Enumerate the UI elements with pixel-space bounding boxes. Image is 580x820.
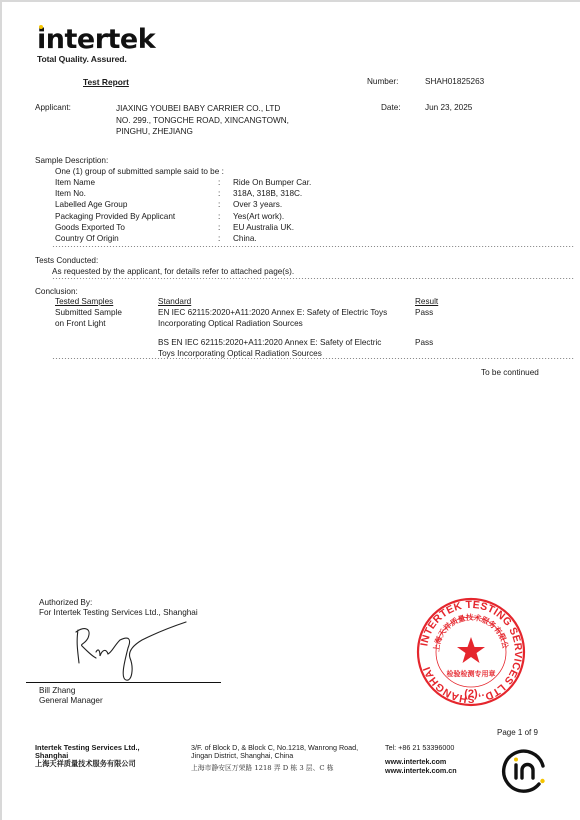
- conclusion-label: Conclusion:: [35, 287, 78, 297]
- footer-address: 3/F. of Block D, & Block C, No.1218, Wan…: [191, 744, 358, 772]
- report-date: Jun 23, 2025: [425, 103, 472, 113]
- tested-sample-line: on Front Light: [55, 319, 122, 330]
- tests-conducted-label: Tests Conducted:: [35, 256, 98, 266]
- sample-row: Item Name : Ride On Bumper Car.: [55, 178, 311, 189]
- applicant-label: Applicant:: [35, 103, 71, 113]
- logo-accent-dot: [39, 25, 43, 29]
- colon: :: [218, 234, 233, 245]
- sample-row: Country Of Origin : China.: [55, 234, 311, 245]
- tested-samples-header: Tested Samples: [55, 297, 113, 307]
- company-seal: INTERTEK TESTING SERVICES LTD., SHANGHAI…: [416, 597, 526, 707]
- footer-address-cn: 上海市静安区万荣路 1218 弄 D 栋 3 层、C 栋: [191, 765, 358, 773]
- footer-address-line: Jingan District, Shanghai, China: [191, 752, 358, 760]
- signatory-position: General Manager: [39, 696, 103, 706]
- applicant-line: JIAXING YOUBEI BABY CARRIER CO., LTD: [116, 103, 289, 115]
- applicant-block: JIAXING YOUBEI BABY CARRIER CO., LTD NO.…: [116, 103, 289, 138]
- applicant-line: NO. 299., TONGCHE ROAD, XINCANGTOWN,: [116, 115, 289, 127]
- standard-header: Standard: [158, 297, 191, 307]
- tested-sample-line: Submitted Sample: [55, 308, 122, 319]
- colon: :: [218, 178, 233, 189]
- logo-wordmark: intertek: [37, 26, 155, 53]
- footer-tel: Tel: +86 21 53396000: [385, 744, 457, 752]
- tested-sample: Submitted Sample on Front Light: [55, 308, 122, 329]
- result-value: Pass: [415, 338, 433, 348]
- signature: [70, 618, 190, 683]
- intertek-in-icon: [499, 744, 549, 794]
- colon: :: [218, 212, 233, 223]
- star-icon: [457, 637, 485, 663]
- page-number: Page 1 of 9: [497, 728, 538, 738]
- sample-row: Packaging Provided By Applicant : Yes(Ar…: [55, 212, 311, 223]
- result-value: Pass: [415, 308, 433, 318]
- seal-bottom-text: 检验检测专用章: [447, 669, 496, 678]
- authorized-for-line: For Intertek Testing Services Ltd., Shan…: [39, 608, 198, 618]
- sample-key: Item No.: [55, 189, 218, 200]
- logo-tagline: Total Quality. Assured.: [37, 54, 155, 64]
- sample-value: Yes(Art work).: [233, 212, 284, 223]
- seal-number: (2): [464, 688, 478, 700]
- sample-key: Goods Exported To: [55, 223, 218, 234]
- standard-text: EN IEC 62115:2020+A11:2020 Annex E: Safe…: [158, 308, 387, 319]
- date-label: Date:: [381, 103, 401, 113]
- separator: ****************************************…: [52, 358, 574, 362]
- sample-value: Over 3 years.: [233, 200, 282, 211]
- separator: ****************************************…: [52, 278, 574, 282]
- sample-value: China.: [233, 234, 257, 245]
- conclusion-row: EN IEC 62115:2020+A11:2020 Annex E: Safe…: [158, 308, 387, 329]
- page-edge: [0, 0, 580, 2]
- signatory-name: Bill Zhang: [39, 686, 75, 696]
- report-number: SHAH01825263: [425, 77, 484, 87]
- colon: :: [218, 223, 233, 234]
- tests-conducted-text: As requested by the applicant, for detai…: [52, 267, 294, 277]
- footer-website-link[interactable]: www.intertek.com.cn: [385, 767, 457, 775]
- to-be-continued: To be continued: [481, 368, 539, 378]
- sample-description-intro: One (1) group of submitted sample said t…: [55, 167, 224, 177]
- page-edge-left: [0, 0, 2, 820]
- sample-value: Ride On Bumper Car.: [233, 178, 311, 189]
- footer-company-cn: 上海天祥质量技术服务有限公司: [35, 760, 140, 768]
- separator: ****************************************…: [52, 246, 574, 250]
- report-title: Test Report: [83, 77, 129, 87]
- standard-text: BS EN IEC 62115:2020+A11:2020 Annex E: S…: [158, 338, 381, 349]
- sample-row: Item No. : 318A, 318B, 318C.: [55, 189, 311, 200]
- colon: :: [218, 189, 233, 200]
- sample-value: 318A, 318B, 318C.: [233, 189, 302, 200]
- result-header: Result: [415, 297, 438, 307]
- sample-key: Labelled Age Group: [55, 200, 218, 211]
- sample-key: Country Of Origin: [55, 234, 218, 245]
- sample-row: Goods Exported To : EU Australia UK.: [55, 223, 311, 234]
- footer-contact: Tel: +86 21 53396000 www.intertek.com ww…: [385, 744, 457, 775]
- footer-websites: www.intertek.com www.intertek.com.cn: [385, 758, 457, 775]
- sample-description-label: Sample Description:: [35, 156, 108, 166]
- footer-company: Intertek Testing Services Ltd., Shanghai…: [35, 744, 140, 767]
- signature-line: [26, 682, 221, 683]
- applicant-line: PINGHU, ZHEJIANG: [116, 126, 289, 138]
- sample-description-table: Item Name : Ride On Bumper Car. Item No.…: [55, 178, 311, 245]
- sample-key: Item Name: [55, 178, 218, 189]
- sample-key: Packaging Provided By Applicant: [55, 212, 218, 223]
- conclusion-row: BS EN IEC 62115:2020+A11:2020 Annex E: S…: [158, 338, 381, 359]
- sample-row: Labelled Age Group : Over 3 years.: [55, 200, 311, 211]
- number-label: Number:: [367, 77, 398, 87]
- authorized-by-label: Authorized By:: [39, 598, 92, 608]
- colon: :: [218, 200, 233, 211]
- sample-value: EU Australia UK.: [233, 223, 294, 234]
- intertek-logo: intertek Total Quality. Assured.: [37, 26, 155, 64]
- logo-text: intertek: [37, 24, 155, 55]
- standard-text: Incorporating Optical Radiation Sources: [158, 319, 387, 330]
